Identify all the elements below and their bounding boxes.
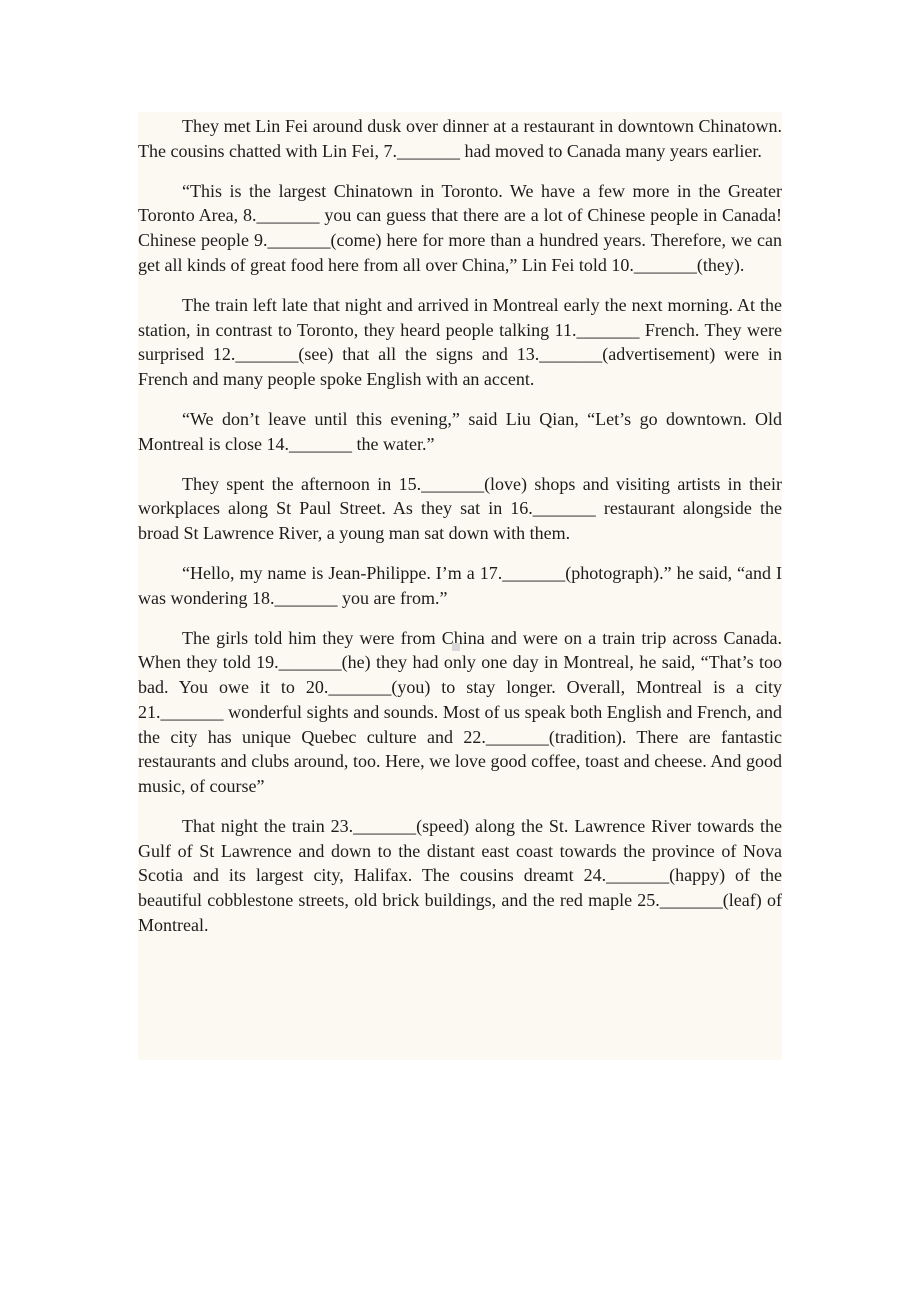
paragraph-train-to-halifax: That night the train 23._______(speed) a… [138,814,782,938]
paragraph-liu-qian-quote: “We don’t leave until this evening,” sai… [138,407,782,456]
page-anchor-marker [452,643,460,651]
document-canvas: They met Lin Fei around dusk over dinner… [0,0,920,1302]
paragraph-chinatown-quote: “This is the largest Chinatown in Toront… [138,179,782,278]
document-text-block: They met Lin Fei around dusk over dinner… [138,112,782,1060]
paragraph-meeting-lin-fei: They met Lin Fei around dusk over dinner… [138,114,782,163]
paragraph-afternoon-st-paul-street: They spent the afternoon in 15._______(l… [138,472,782,546]
paragraph-jean-philippe-intro: “Hello, my name is Jean-Philippe. I’m a … [138,561,782,610]
paragraph-montreal-description: The girls told him they were from China … [138,626,782,799]
paragraph-train-to-montreal: The train left late that night and arriv… [138,293,782,392]
